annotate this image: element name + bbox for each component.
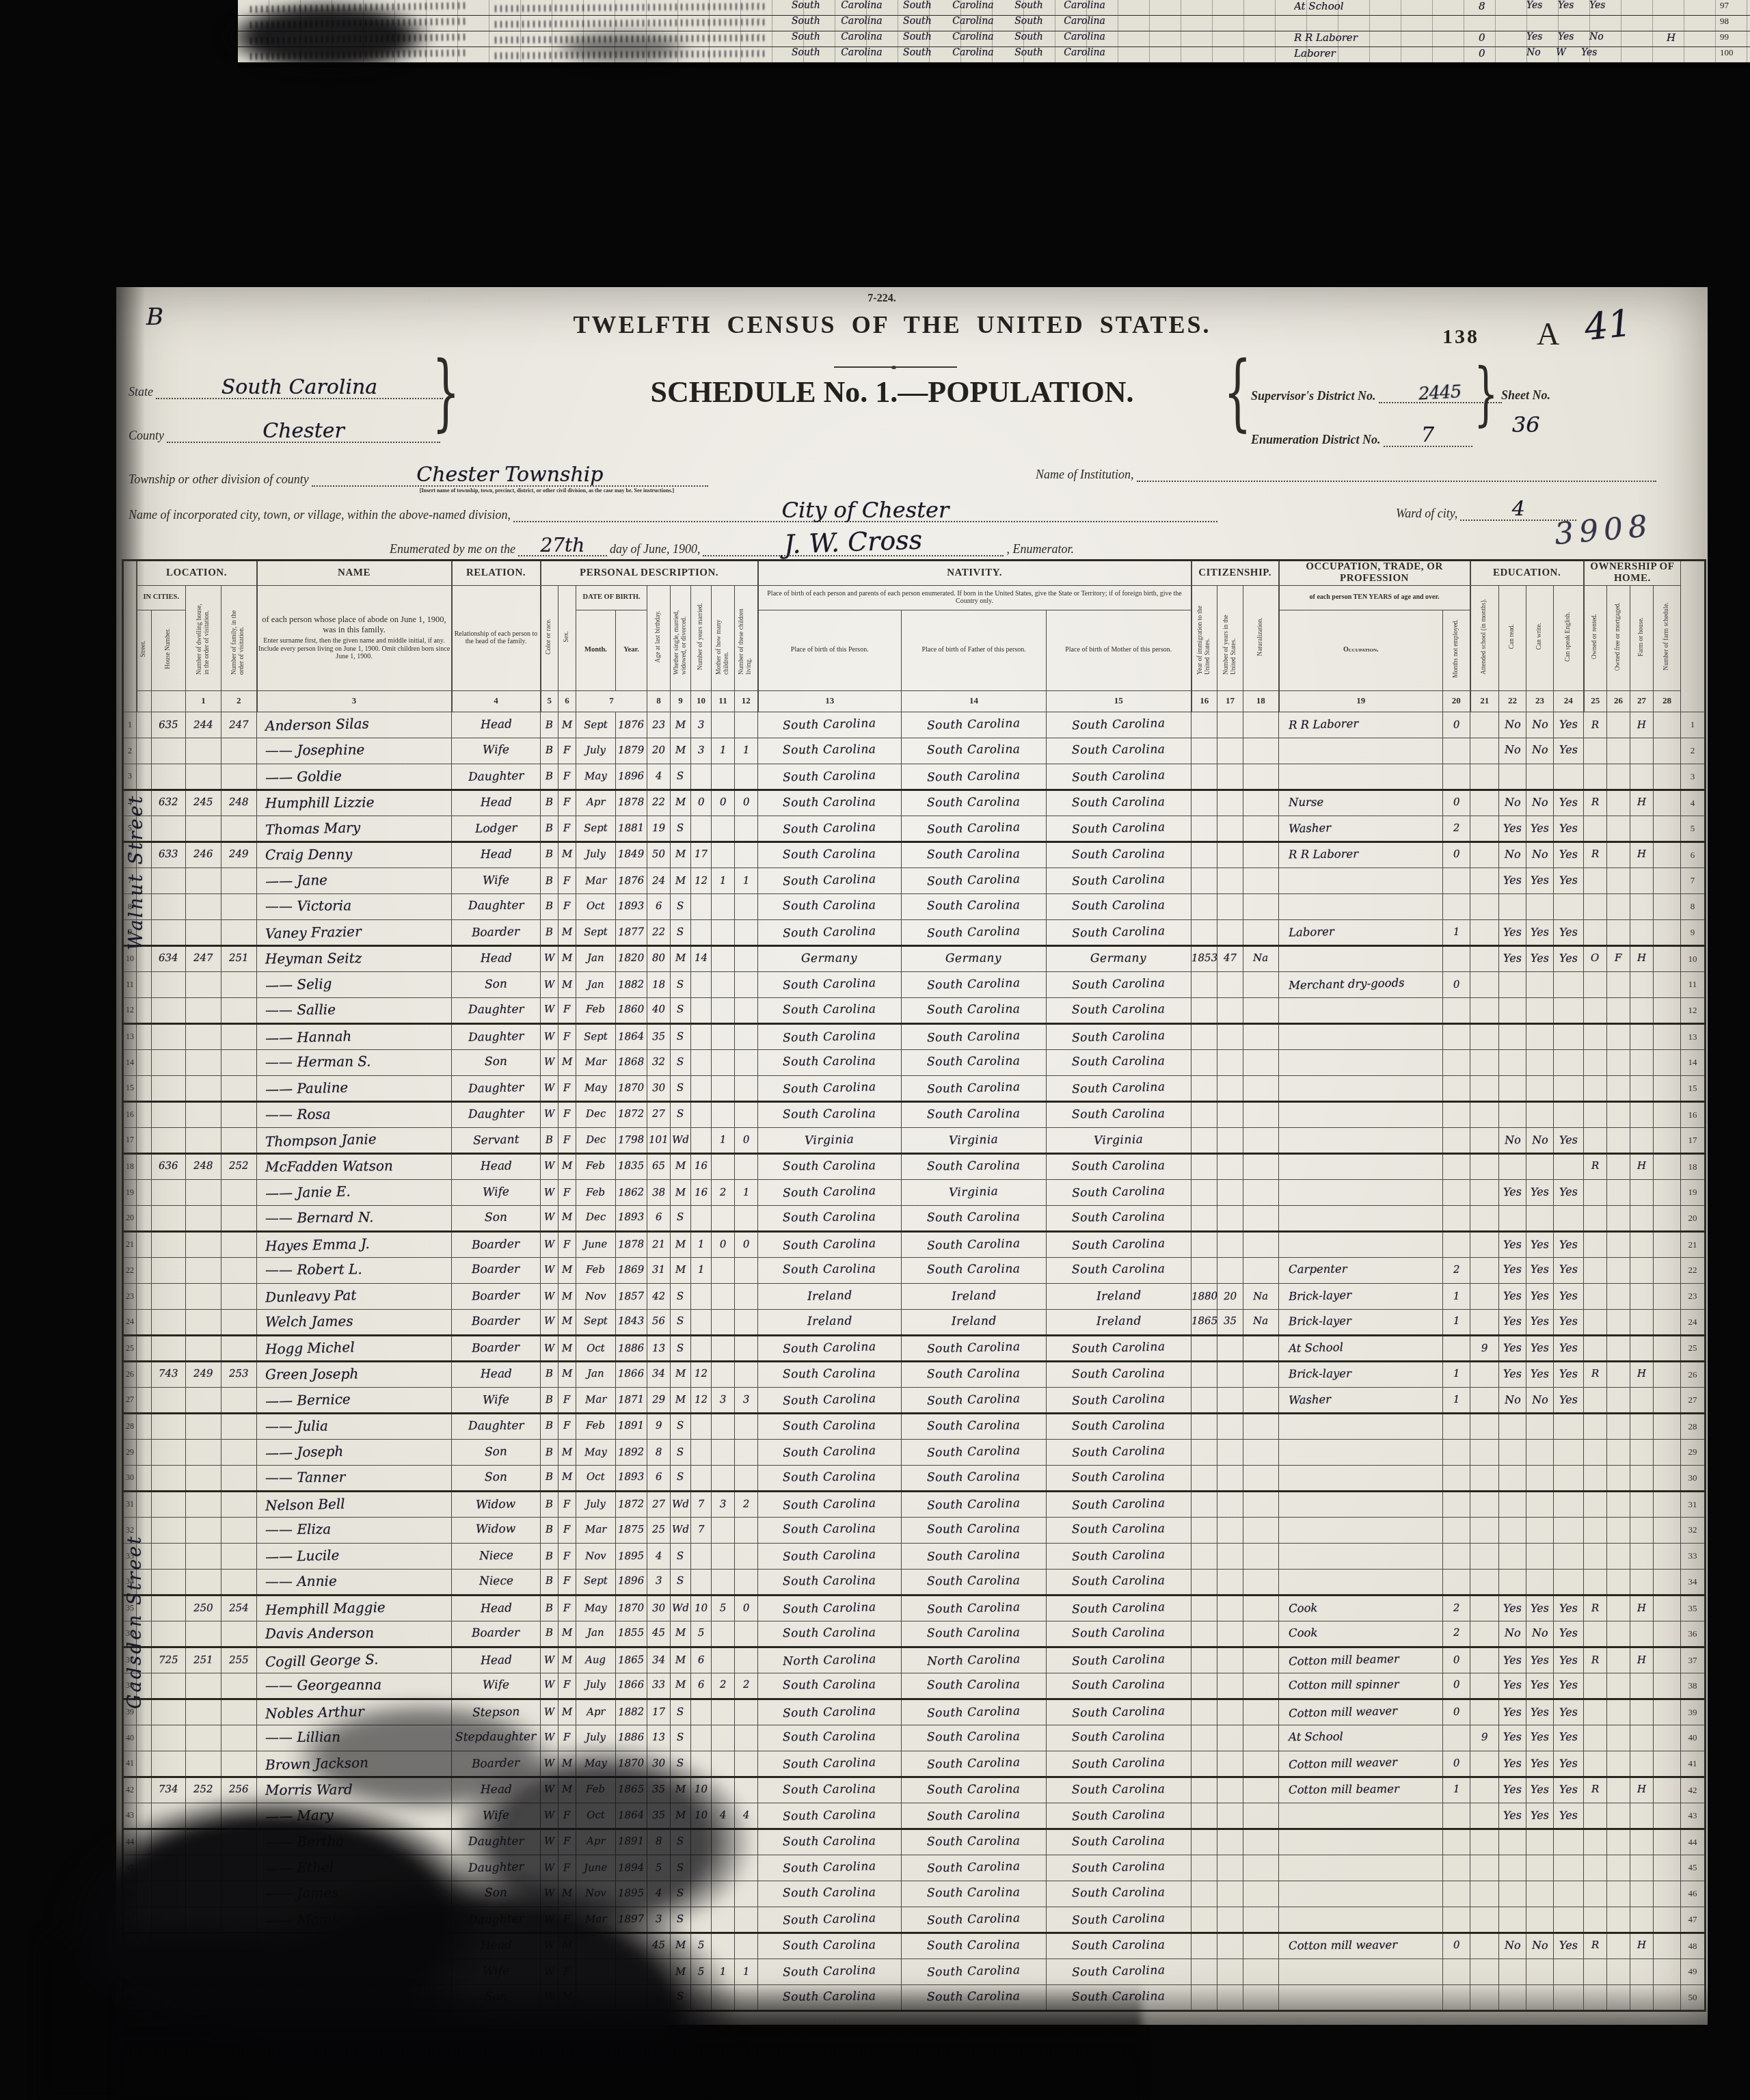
cell: M: [671, 945, 691, 971]
line-number-left: 45: [123, 1855, 137, 1881]
cell: South Carolina: [758, 1569, 902, 1595]
cell: Mar: [576, 1517, 616, 1543]
cell: 31: [647, 1257, 671, 1283]
cell: —— Herman S.: [257, 1049, 452, 1075]
education-fragment: Yes Yes No: [1526, 31, 1663, 42]
line-number-right: 26: [1681, 1361, 1706, 1387]
cell-street: [137, 1958, 152, 1984]
cell: 1: [735, 867, 758, 893]
cell: [1192, 1413, 1217, 1439]
cell: [576, 1933, 616, 1958]
cell: [186, 919, 221, 945]
cell: [735, 1153, 758, 1179]
cell: [1192, 764, 1217, 790]
cell: [1654, 971, 1681, 997]
cell: B: [541, 1517, 558, 1543]
cell: F: [558, 1517, 576, 1543]
cell: [1584, 919, 1607, 945]
cell: [1470, 1179, 1499, 1205]
col-owned-free-mortgaged: Owned free or mortgaged.: [1607, 585, 1630, 690]
cell: [712, 1257, 735, 1283]
cell: Yes: [1554, 1387, 1584, 1413]
cell: Craig Denny: [257, 842, 452, 867]
cell: [1243, 1751, 1279, 1777]
line-number-left: 17: [123, 1127, 137, 1153]
cell: [152, 1543, 186, 1569]
cell: South Carolina: [902, 1465, 1047, 1491]
cell: [1217, 1751, 1243, 1777]
cell: [1217, 1049, 1243, 1075]
cell: [186, 1543, 221, 1569]
cell: South Carolina: [758, 1829, 902, 1855]
cell: W: [541, 1335, 558, 1361]
cell: [691, 1205, 712, 1231]
cell: South Carolina: [902, 712, 1047, 738]
cell: 1875: [616, 1517, 647, 1543]
census-row: 37725251255Cogill George S.HeadWMAug1865…: [123, 1647, 1706, 1673]
cell: [1584, 1543, 1607, 1569]
cell: Jan: [576, 945, 616, 971]
cell: [1654, 1283, 1681, 1309]
cell: 248: [221, 790, 257, 816]
cell: [1470, 1205, 1499, 1231]
cell: [1192, 1075, 1217, 1101]
cell: F: [558, 1569, 576, 1595]
cell: Sept: [576, 1023, 616, 1049]
cell: [1630, 1829, 1654, 1855]
cell: [221, 738, 257, 764]
cell: [712, 842, 735, 867]
cell: W: [541, 1309, 558, 1335]
cell: [1279, 1023, 1443, 1049]
cell: [712, 1984, 735, 2010]
cell: Yes: [1554, 738, 1584, 764]
cell: —— Georgeanna: [257, 1673, 452, 1699]
cell: [1584, 1075, 1607, 1101]
cell: [1654, 1335, 1681, 1361]
cell: [1654, 1699, 1681, 1725]
cell: H: [1630, 1647, 1654, 1673]
cell: [1243, 1257, 1279, 1283]
cell: [647, 1958, 671, 1984]
cell: No: [1499, 738, 1526, 764]
line-number-right: 40: [1681, 1725, 1706, 1751]
cell: [1470, 1491, 1499, 1517]
cell: South Carolina: [758, 1855, 902, 1881]
sheet-label: Sheet No.: [1501, 388, 1550, 402]
cell: [1607, 1127, 1630, 1153]
cell: [1607, 1335, 1630, 1361]
cell: [1243, 764, 1279, 790]
cell: Aug: [576, 1647, 616, 1673]
census-row: 35250254Hemphill MaggieHeadBFMay187030Wd…: [123, 1595, 1706, 1621]
line-number-col-header: [123, 561, 137, 712]
cell: [1279, 1413, 1443, 1439]
cell: W: [541, 1673, 558, 1699]
cell: [1443, 1543, 1470, 1569]
line-number-right: 24: [1681, 1309, 1706, 1335]
cell: M: [671, 712, 691, 738]
cell: [152, 1127, 186, 1153]
cell: [221, 1465, 257, 1491]
census-row: 4632245248Humphill LizzieHeadBFApr187822…: [123, 790, 1706, 816]
enumerated-mid: day of June, 1900,: [610, 542, 700, 556]
cell: South Carolina: [1047, 867, 1192, 893]
cell: [1630, 1673, 1654, 1699]
col-years-married: Number of years married.: [691, 585, 712, 690]
cell: [1654, 1881, 1681, 1907]
cell: 7: [691, 1491, 712, 1517]
column-number: [152, 690, 186, 712]
cell: [712, 1855, 735, 1881]
cell: North Carolina: [758, 1647, 902, 1673]
cell: [1554, 1569, 1584, 1595]
cell: 22: [647, 919, 671, 945]
cell: [1243, 1517, 1279, 1543]
cell: [1630, 1881, 1654, 1907]
cell: July: [576, 1725, 616, 1751]
group-education: EDUCATION.: [1470, 561, 1584, 586]
cell: [1279, 1439, 1443, 1465]
cell: Yes: [1526, 1361, 1554, 1387]
cell: 1857: [616, 1283, 647, 1309]
cell: [1499, 1855, 1526, 1881]
cell: [1217, 1491, 1243, 1517]
cell: [1279, 1127, 1443, 1153]
cell: Sept: [576, 1569, 616, 1595]
cell: [152, 1179, 186, 1205]
cell: Widow: [452, 1517, 541, 1543]
cell: 5: [691, 1933, 712, 1958]
line-number-right: 41: [1681, 1751, 1706, 1777]
page-title: TWELFTH CENSUS OF THE UNITED STATES.: [116, 310, 1668, 339]
state-written-line: South Carolina: [156, 377, 443, 399]
cell: M: [558, 1335, 576, 1361]
enumeration-district-written-line: 7: [1384, 425, 1472, 447]
cell: South Carolina: [1047, 1907, 1192, 1933]
cell: Nobles Arthur: [257, 1699, 452, 1725]
cell: [691, 1881, 712, 1907]
cell: [1607, 738, 1630, 764]
cell: South Carolina: [902, 1984, 1047, 2010]
cell: [221, 867, 257, 893]
cell: Jan: [576, 1361, 616, 1387]
cell: M: [558, 1881, 576, 1907]
cell: [1470, 1309, 1499, 1335]
cell: 1: [712, 1958, 735, 1984]
cell: [1470, 1933, 1499, 1958]
cell: Yes: [1554, 945, 1584, 971]
cell: [1279, 1075, 1443, 1101]
cell: [1243, 790, 1279, 816]
cell: South Carolina: [1047, 1517, 1192, 1543]
cell: [1243, 842, 1279, 867]
cell: No: [1499, 1621, 1526, 1647]
cell: [712, 1621, 735, 1647]
cell: 1835: [616, 1153, 647, 1179]
cell: [1554, 1205, 1584, 1231]
nativity-note: Place of birth of each person and parent…: [758, 585, 1192, 610]
cell: M: [558, 1751, 576, 1777]
cell: H: [1630, 842, 1654, 867]
cell: [1630, 1413, 1654, 1439]
cell: 633: [152, 842, 186, 867]
state-line: State South Carolina: [129, 377, 443, 399]
cell: Jan: [576, 1621, 616, 1647]
cell: W: [541, 1933, 558, 1958]
cell: W: [541, 1803, 558, 1829]
cell: [152, 1231, 186, 1257]
cell: [1554, 1153, 1584, 1179]
cell: [1607, 997, 1630, 1023]
cell: June: [576, 1231, 616, 1257]
census-row: 47—— MamieDaughterWFMar18973SSouth Carol…: [123, 1907, 1706, 1933]
cell: Yes: [1554, 1231, 1584, 1257]
cell: Wd: [671, 1517, 691, 1543]
census-row: 44—— BerthaDaughterWFApr18918SSouth Caro…: [123, 1829, 1706, 1855]
cell: Feb: [576, 1153, 616, 1179]
cell: [1630, 1075, 1654, 1101]
cell: Yes: [1499, 1179, 1526, 1205]
cell: S: [671, 1829, 691, 1855]
cell: 2: [735, 1673, 758, 1699]
cell: [1526, 1569, 1554, 1595]
cell: [1470, 1075, 1499, 1101]
cell: Ireland: [1047, 1309, 1192, 1335]
cell: [1279, 997, 1443, 1023]
line-number-right: 23: [1681, 1283, 1706, 1309]
cell: [1470, 1101, 1499, 1127]
cell: [1279, 893, 1443, 919]
cell: B: [541, 1465, 558, 1491]
cell: [1470, 1803, 1499, 1829]
cell: B: [541, 1413, 558, 1439]
cell: [1607, 1179, 1630, 1205]
cell: 45: [647, 1933, 671, 1958]
cell: [1217, 1725, 1243, 1751]
cell: [1470, 971, 1499, 997]
cell: [1584, 1881, 1607, 1907]
cell: 0: [712, 1231, 735, 1257]
cell: 634: [152, 945, 186, 971]
column-number: 9: [671, 690, 691, 712]
street-name-walnut: Walnut Street: [126, 725, 147, 950]
cell: 1865: [1192, 1309, 1217, 1335]
cell: 0: [712, 790, 735, 816]
cell: [1654, 790, 1681, 816]
cell: [1243, 1205, 1279, 1231]
cell: 5: [691, 1958, 712, 1984]
title-divider: [834, 366, 957, 368]
column-number: 8: [647, 690, 671, 712]
cell: [1217, 1231, 1243, 1257]
cell: South Carolina: [1047, 1647, 1192, 1673]
handwritten-page-number: 41: [1583, 301, 1634, 349]
cell: South Carolina: [1047, 1595, 1192, 1621]
cell: [1554, 971, 1584, 997]
cell: South Carolina: [758, 1387, 902, 1413]
cell: 101: [647, 1127, 671, 1153]
cell: [186, 1387, 221, 1413]
cell: South Carolina: [902, 1439, 1047, 1465]
line-number: 98: [1720, 16, 1747, 27]
cell: 0: [1443, 790, 1470, 816]
cell: [712, 816, 735, 842]
cell: 17: [691, 842, 712, 867]
cell: [1243, 997, 1279, 1023]
cell: [735, 1439, 758, 1465]
cell: [1470, 1907, 1499, 1933]
cell: Humphill Lizzie: [257, 790, 452, 816]
cell: 3: [647, 1569, 671, 1595]
column-number: 23: [1526, 690, 1554, 712]
cell: [691, 1023, 712, 1049]
cell: S: [671, 1413, 691, 1439]
cell: [691, 1075, 712, 1101]
cell-street: [137, 1933, 152, 1958]
cell-street: [137, 1023, 152, 1049]
cell: 1896: [616, 1569, 647, 1595]
column-number: 25: [1584, 690, 1607, 712]
cell: [1279, 1958, 1443, 1984]
cell: South Carolina: [902, 1569, 1047, 1595]
cell: Yes: [1499, 816, 1526, 842]
cell: [1192, 1517, 1217, 1543]
cell: South Carolina: [758, 1257, 902, 1283]
cell: [1217, 1517, 1243, 1543]
cell: [1279, 1803, 1443, 1829]
cell: F: [558, 790, 576, 816]
cell: [186, 1829, 221, 1855]
cell: South Carolina: [1047, 1491, 1192, 1517]
cell: [735, 1465, 758, 1491]
cell: Yes: [1554, 1725, 1584, 1751]
cell: [1279, 1907, 1443, 1933]
census-row: 13—— HannahDaughterWFSept186435SSouth Ca…: [123, 1023, 1706, 1049]
cell: [1192, 1179, 1217, 1205]
cell: [186, 1335, 221, 1361]
cell: [1654, 1984, 1681, 2010]
cell: 1895: [616, 1543, 647, 1569]
line-number-right: 36: [1681, 1621, 1706, 1647]
cell: [1554, 893, 1584, 919]
cell: [1243, 1881, 1279, 1907]
cell: [1192, 1725, 1217, 1751]
cell: 4: [647, 764, 671, 790]
cell: [1607, 1855, 1630, 1881]
cell: Daughter: [452, 997, 541, 1023]
line-number-left: 49: [123, 1958, 137, 1984]
cell: [1630, 1309, 1654, 1335]
cell: Yes: [1526, 1283, 1554, 1309]
cell: [1584, 1179, 1607, 1205]
cell: [616, 1958, 647, 1984]
cell: 1864: [616, 1803, 647, 1829]
cell: Feb: [576, 1257, 616, 1283]
cell: [221, 816, 257, 842]
cell: R R Laborer: [1279, 712, 1443, 738]
cell: [691, 997, 712, 1023]
cell: [186, 1179, 221, 1205]
cell: [1554, 1543, 1584, 1569]
line-number-right: 6: [1681, 842, 1706, 867]
cell: 42: [647, 1283, 671, 1309]
line-number-left: 18: [123, 1153, 137, 1179]
col-naturalization: Naturalization.: [1243, 585, 1279, 690]
cell: [152, 867, 186, 893]
cell: 6: [647, 893, 671, 919]
cell: [1217, 971, 1243, 997]
city-written-line: City of Chester: [513, 499, 1217, 522]
cell: [1607, 1881, 1630, 1907]
cell: [1443, 1907, 1470, 1933]
cell: [1654, 1023, 1681, 1049]
cell: Green Joseph: [257, 1361, 452, 1387]
cell: [1217, 1595, 1243, 1621]
cell: [1243, 1777, 1279, 1803]
census-row: 29—— JosephSonBMMay18928SSouth CarolinaS…: [123, 1439, 1706, 1465]
cell: [691, 1049, 712, 1075]
cell: M: [671, 790, 691, 816]
line-number-left: 42: [123, 1777, 137, 1803]
cell: 56: [647, 1309, 671, 1335]
cell: Yes: [1526, 1595, 1554, 1621]
cell: B: [541, 1439, 558, 1465]
cell: Yes: [1554, 1777, 1584, 1803]
cell: South Carolina: [758, 738, 902, 764]
cell: [691, 1829, 712, 1855]
cell: [1654, 1491, 1681, 1517]
sheet-label-line: Sheet No.: [1501, 388, 1550, 403]
line-number-right: 48: [1681, 1933, 1706, 1958]
cell: June: [576, 1855, 616, 1881]
cell: F: [558, 1829, 576, 1855]
cell: South Carolina: [758, 1491, 902, 1517]
cell: Mar: [576, 867, 616, 893]
cell: B: [541, 1361, 558, 1387]
supervisor-district-line: Supervisor's District No. 2445: [1251, 384, 1502, 403]
cell: 16: [691, 1153, 712, 1179]
cell: Yes: [1554, 1621, 1584, 1647]
cell: South Carolina: [1047, 971, 1192, 997]
cell: 34: [647, 1647, 671, 1673]
cell: [712, 1725, 735, 1751]
cell: [691, 893, 712, 919]
cell: Na: [1243, 945, 1279, 971]
cell: Brick-layer: [1279, 1283, 1443, 1309]
cell: S: [671, 1569, 691, 1595]
cell: [1470, 1127, 1499, 1153]
form-number: 7-224.: [813, 293, 950, 305]
census-row: 5Thomas MaryLodgerBFSept188119SSouth Car…: [123, 816, 1706, 842]
cell: [735, 919, 758, 945]
cell: [1630, 1283, 1654, 1309]
cell: [1607, 1465, 1630, 1491]
cell: South Carolina: [758, 1958, 902, 1984]
line-number-right: 17: [1681, 1127, 1706, 1153]
col-birth-year: Year.: [616, 610, 647, 690]
cell: [1554, 764, 1584, 790]
cell: Wife: [452, 1803, 541, 1829]
cell: [1584, 1517, 1607, 1543]
cell: F: [558, 1179, 576, 1205]
cell: [1192, 1958, 1217, 1984]
cell: 80: [647, 945, 671, 971]
line-number-left: 11: [123, 971, 137, 997]
cell: Oct: [576, 893, 616, 919]
line-number-right: 49: [1681, 1958, 1706, 1984]
cell: [712, 1439, 735, 1465]
